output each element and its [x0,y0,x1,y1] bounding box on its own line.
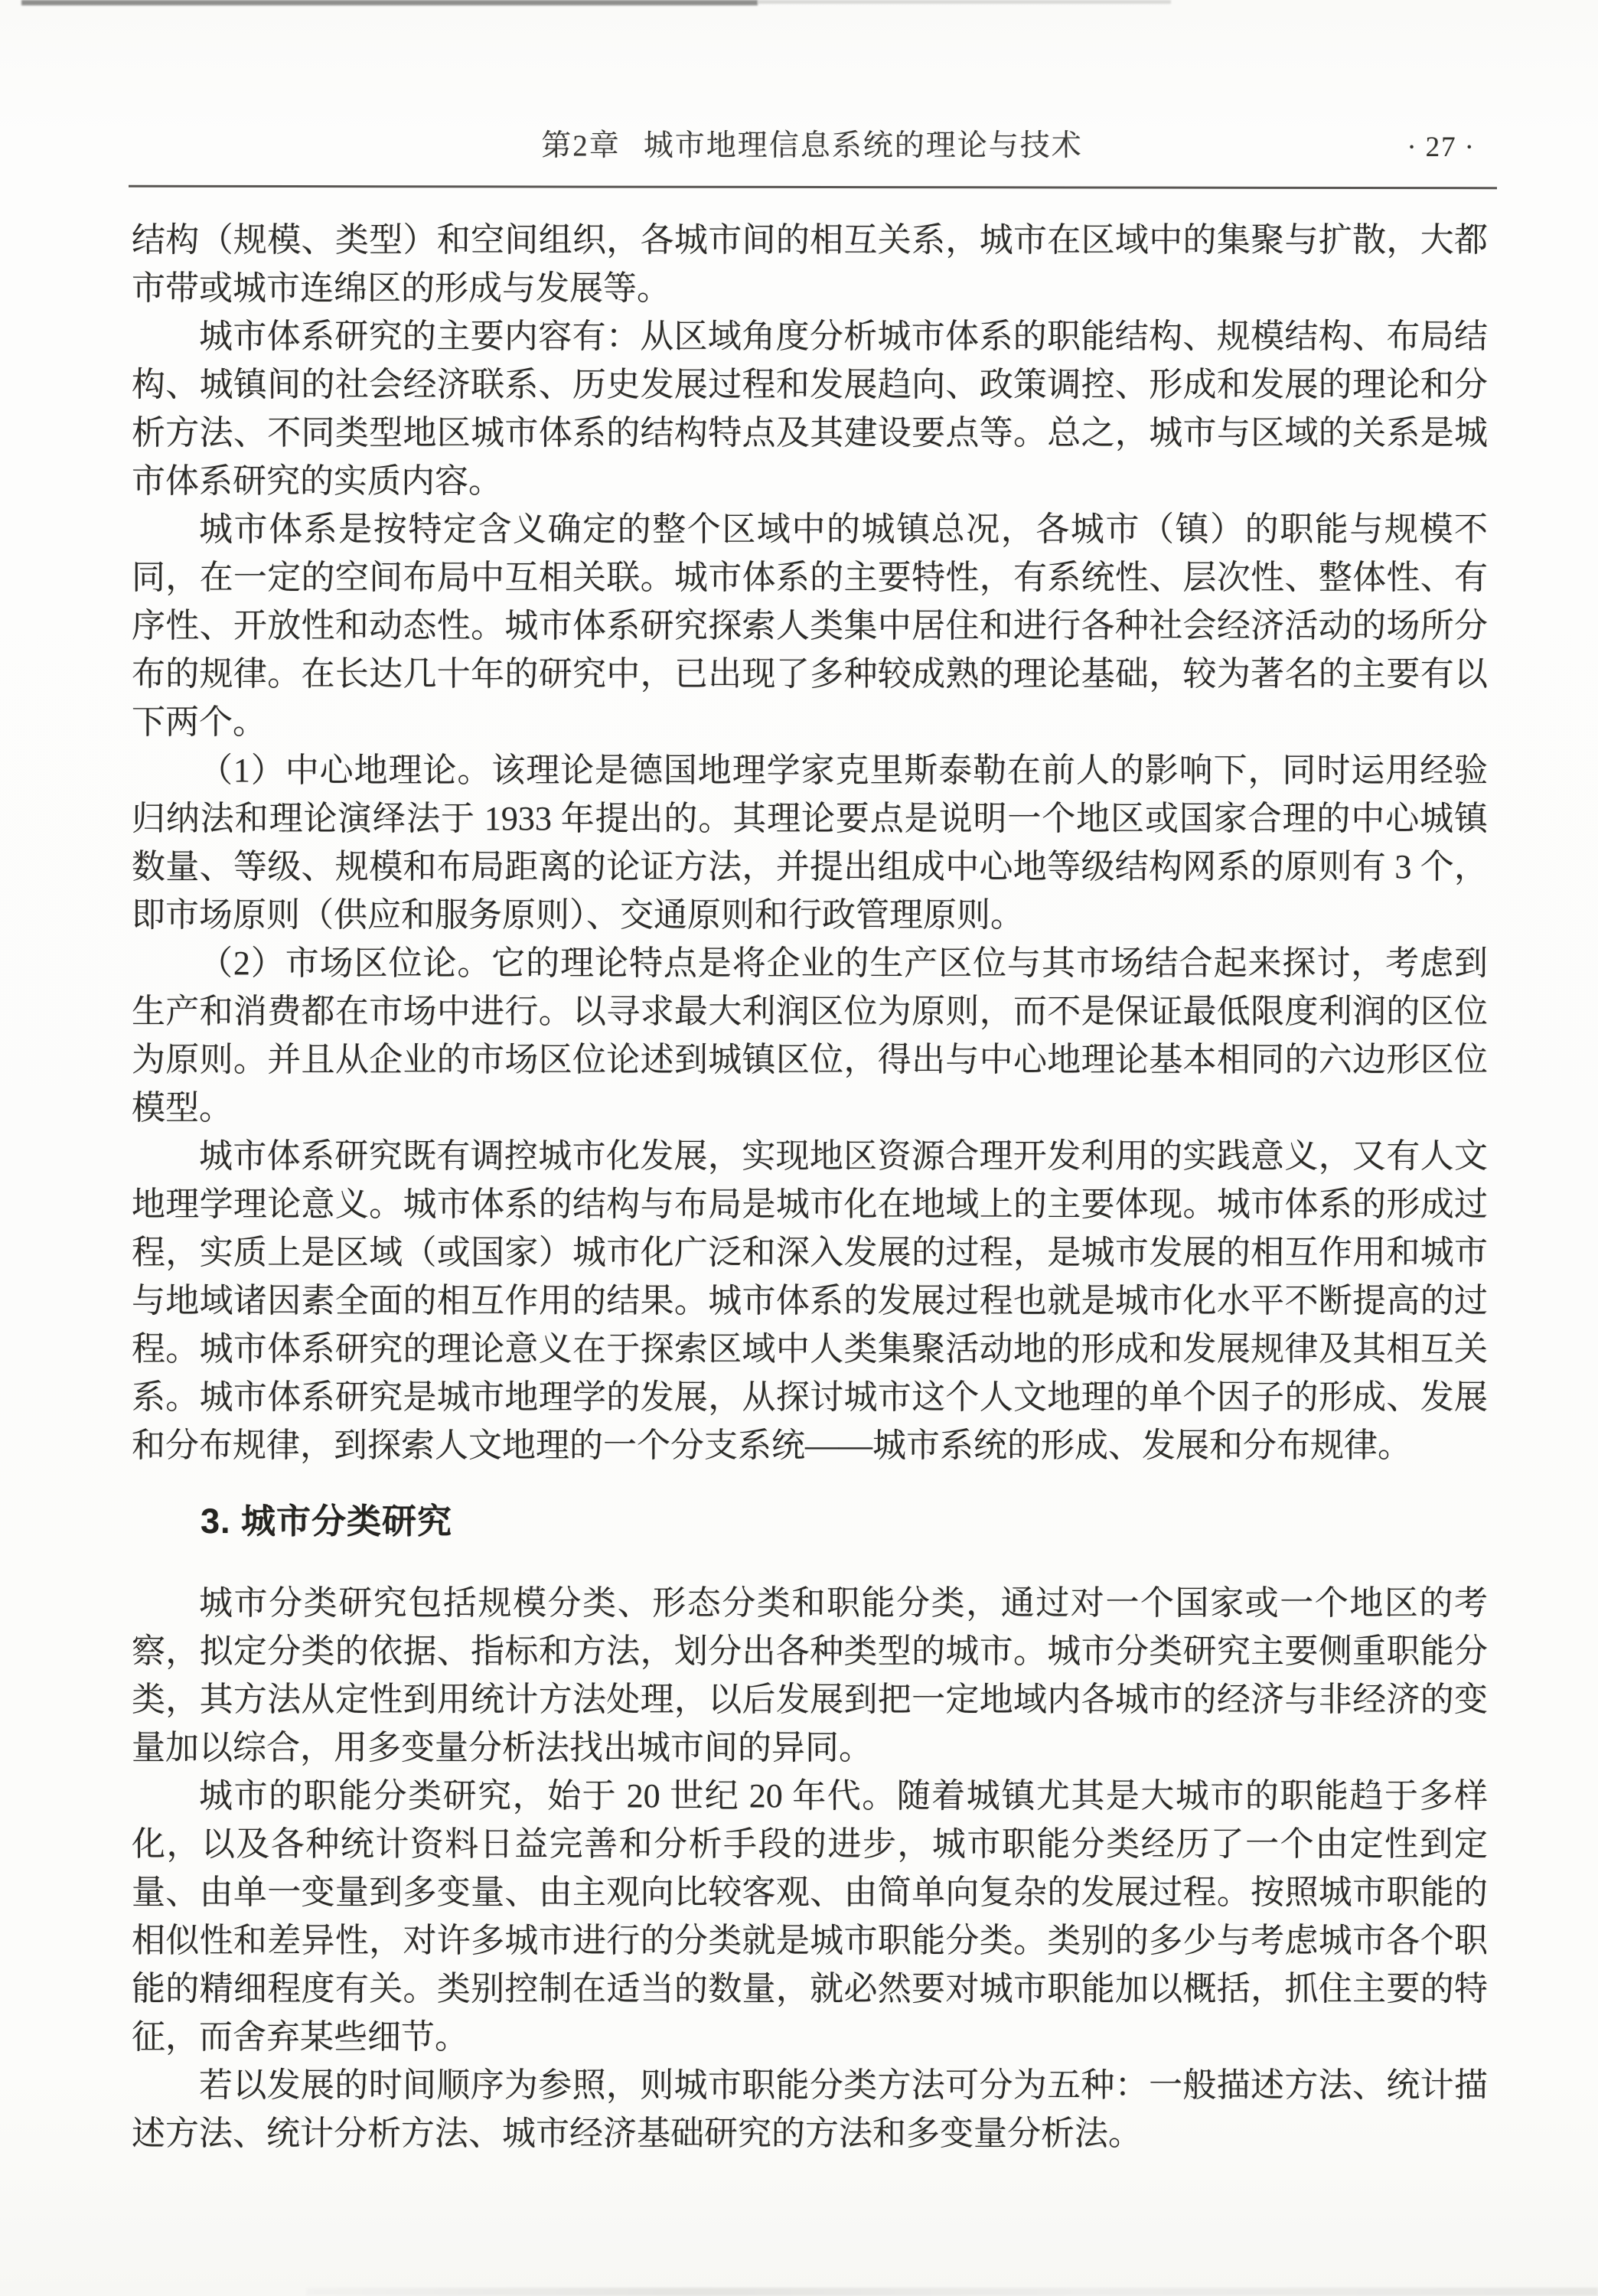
paragraph: 若以发展的时间顺序为参照，则城市职能分类方法可分为五种：一般描述方法、统计描述方… [132,2061,1488,2157]
page-number: ·27· [1399,130,1483,165]
chapter-title: 城市地理信息系统的理论与技术 [644,129,1083,162]
scan-artifact-top-dark [21,0,758,5]
paragraph-list-item-2: （2）市场区位论。它的理论特点是将企业的生产区位与其市场结合起来探讨，考虑到生产… [132,939,1488,1132]
paragraph-continuation: 结构（规模、类型）和空间组织，各城市间的相互关系，城市在区域中的集聚与扩散，大都… [132,216,1488,312]
scanned-book-page: 第2章城市地理信息系统的理论与技术 ·27· 结构（规模、类型）和空间组织，各城… [0,0,1598,2296]
scan-artifact-bottom [306,2288,1598,2296]
paragraph-list-item-1: （1）中心地理论。该理论是德国地理学家克里斯泰勒在前人的影响下，同时运用经验归纳… [132,746,1488,939]
paragraph: 城市体系是按特定含义确定的整个区域中的城镇总况，各城市（镇）的职能与规模不同，在… [132,505,1488,746]
paragraph: 城市分类研究包括规模分类、形态分类和职能分类，通过对一个国家或一个地区的考察，拟… [132,1579,1488,1772]
paragraph: 城市体系研究既有调控城市化发展，实现地区资源合理开发利用的实践意义，又有人文地理… [132,1132,1488,1469]
paragraph: 城市体系研究的主要内容有：从区域角度分析城市体系的职能结构、规模结构、布局结构、… [132,312,1488,505]
section-heading: 3. 城市分类研究 [132,1497,1488,1545]
page-number-value: 27 [1426,132,1457,163]
scan-artifact-top-light [758,0,1171,4]
page-number-left-dot: · [1399,132,1425,163]
page-body: 结构（规模、类型）和空间组织，各城市间的相互关系，城市在区域中的集聚与扩散，大都… [132,216,1488,2157]
chapter-label: 第2章 [541,129,621,162]
chapter-header: 第2章城市地理信息系统的理论与技术 [132,129,1492,164]
page-number-right-dot: · [1457,132,1483,163]
paragraph: 城市的职能分类研究，始于 20 世纪 20 年代。随着城镇尤其是大城市的职能趋于… [132,1772,1488,2061]
running-head: 第2章城市地理信息系统的理论与技术 ·27· [132,129,1492,167]
header-rule [129,185,1497,189]
